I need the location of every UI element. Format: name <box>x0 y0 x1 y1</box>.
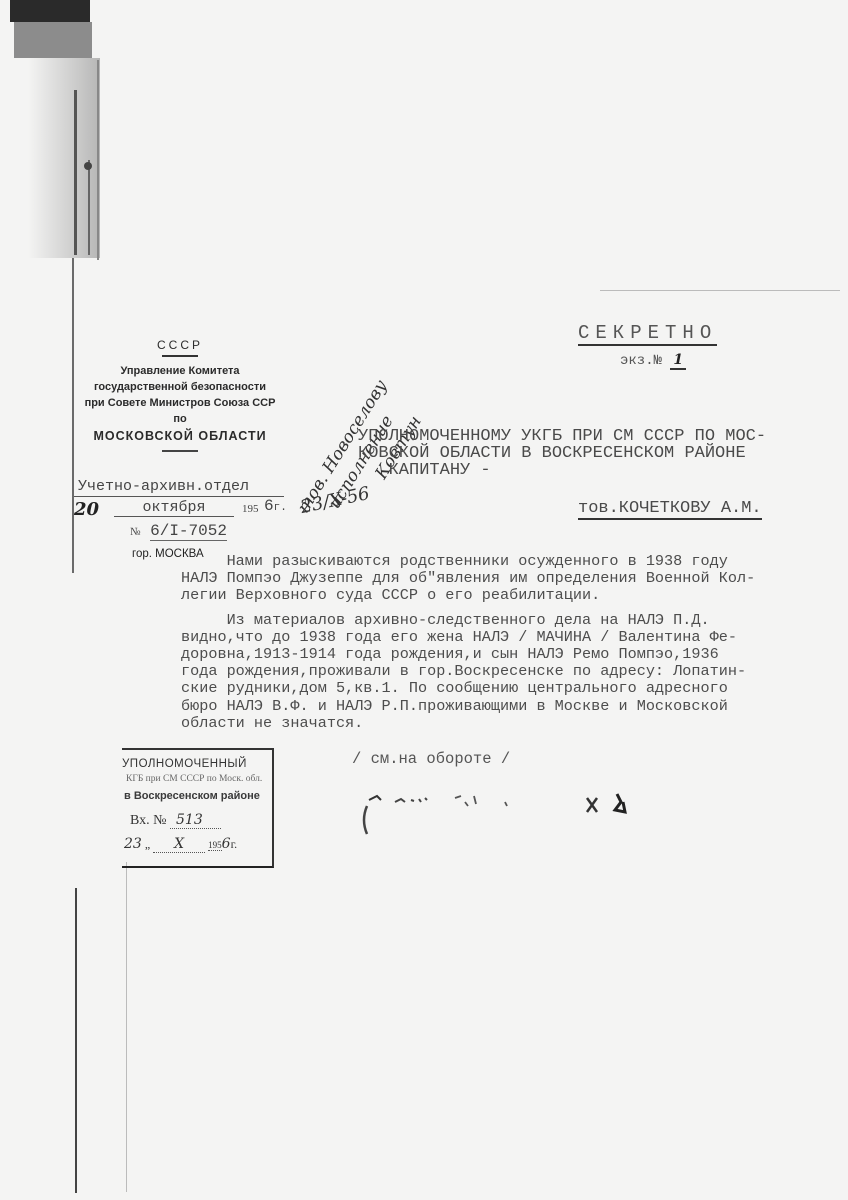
year-suffix: г. <box>274 502 287 514</box>
letterhead: СССР Управление Комитета государственной… <box>60 338 300 452</box>
stamp-line: в Воскресенском районе <box>124 790 260 802</box>
letterhead-line: Управление Комитета <box>60 363 300 379</box>
outgoing-date: 20 октября 195 6г. <box>74 499 284 521</box>
stamp-year-suffix: г. <box>231 837 238 851</box>
letterhead-line: государственной безопасности <box>60 379 300 395</box>
page-edge-line <box>126 862 127 1192</box>
copy-number-value: 1 <box>670 352 686 370</box>
letter-body: Нами разыскиваются родственники осужденн… <box>181 553 821 732</box>
page-fold-line <box>600 290 840 291</box>
body-line: видно,что до 1938 года его жена НАЛЭ / М… <box>181 629 821 646</box>
number-value: 6/I-7052 <box>150 522 227 541</box>
binding-rivet-icon <box>84 162 92 170</box>
copy-number: экз.№ 1 <box>620 352 686 369</box>
body-line: Нами разыскиваются родственники осужденн… <box>181 553 821 570</box>
date-year-digit: 6г. <box>264 497 287 515</box>
incoming-label: Вх. № <box>130 813 167 828</box>
page-edge-line <box>75 888 77 1193</box>
body-line: Из материалов архивно-следственного дела… <box>181 612 821 629</box>
stamp-incoming-number: Вх. № 513 <box>130 812 221 829</box>
stamp-year-prefix: 195 <box>208 840 222 851</box>
body-line: года рождения,проживали в гор.Воскресенс… <box>181 663 821 680</box>
addressee-name: тов.КОЧЕТКОВУ А.М. <box>578 500 762 520</box>
document-page: СССР Управление Комитета государственной… <box>0 0 848 1200</box>
addressee: УПОЛНОМОЧЕННОМУ УКГБ ПРИ СМ СССР ПО МОС-… <box>358 428 766 479</box>
divider <box>162 450 198 452</box>
body-line: доровна,1913-1914 года рождения,и сын НА… <box>181 646 821 663</box>
stamp-year-digit: 6 <box>222 836 231 852</box>
binding-edge-line <box>74 90 77 255</box>
date-day: 20 <box>74 499 99 520</box>
addressee-line: УПОЛНОМОЧЕННОМУ УКГБ ПРИ СМ СССР ПО МОС- <box>358 428 766 445</box>
letterhead-region: МОСКОВСКОЙ ОБЛАСТИ <box>60 429 300 443</box>
stamp-line: КГБ при СМ СССР по Моск. обл. <box>126 774 262 784</box>
incoming-stamp: УПОЛНОМОЧЕННЫЙ КГБ при СМ СССР по Моск. … <box>122 748 274 868</box>
body-line: НАЛЭ Помпэо Джузеппе для об"явления им о… <box>181 570 821 587</box>
date-month: октября <box>114 499 234 517</box>
classification-label: СЕКРЕТНО <box>578 322 717 346</box>
incoming-number: 513 <box>170 812 221 829</box>
copy-label: экз.№ <box>620 353 662 369</box>
stamp-line: УПОЛНОМОЧЕННЫЙ <box>122 758 247 770</box>
outgoing-reference: Учетно-архивн.отдел 20 октября 195 6г. <box>74 478 284 521</box>
signature-icon <box>355 780 645 840</box>
letterhead-line: при Совете Министров Союза ССР <box>60 395 300 411</box>
stamp-month: X <box>174 836 184 852</box>
continued-note: / см.на обороте / <box>352 750 510 768</box>
body-line: бюро НАЛЭ В.Ф. и НАЛЭ Р.П.проживающими в… <box>181 698 821 715</box>
department-name: Учетно-архивн.отдел <box>74 478 284 497</box>
year-digit: 6 <box>264 497 274 515</box>
outgoing-number: № 6/I-7052 <box>130 522 227 540</box>
divider <box>162 355 198 357</box>
letterhead-country: СССР <box>60 338 300 352</box>
date-year-prefix: 195 <box>242 503 259 515</box>
binding-strip-gray <box>14 22 92 58</box>
addressee-line: КОВСКОЙ ОБЛАСТИ В ВОСКРЕСЕНСКОМ РАЙОНЕ <box>358 445 766 462</box>
body-line: легии Верховного суда СССР о его реабили… <box>181 587 821 604</box>
stamp-month-field: X <box>153 836 205 853</box>
binding-edge-line <box>88 160 90 255</box>
letterhead-line: по <box>60 411 300 427</box>
addressee-line: КАПИТАНУ - <box>358 462 766 479</box>
stamp-day: 23 <box>124 836 142 852</box>
binding-strip-dark <box>10 0 90 22</box>
binding-edge-line <box>97 60 99 260</box>
stamp-date: 23 „ X 1956г. <box>124 836 270 853</box>
body-line: ские рудники,дом 5,кв.1. По сообщению це… <box>181 680 821 697</box>
number-label: № <box>130 526 141 538</box>
body-line: области не значатся. <box>181 715 821 732</box>
